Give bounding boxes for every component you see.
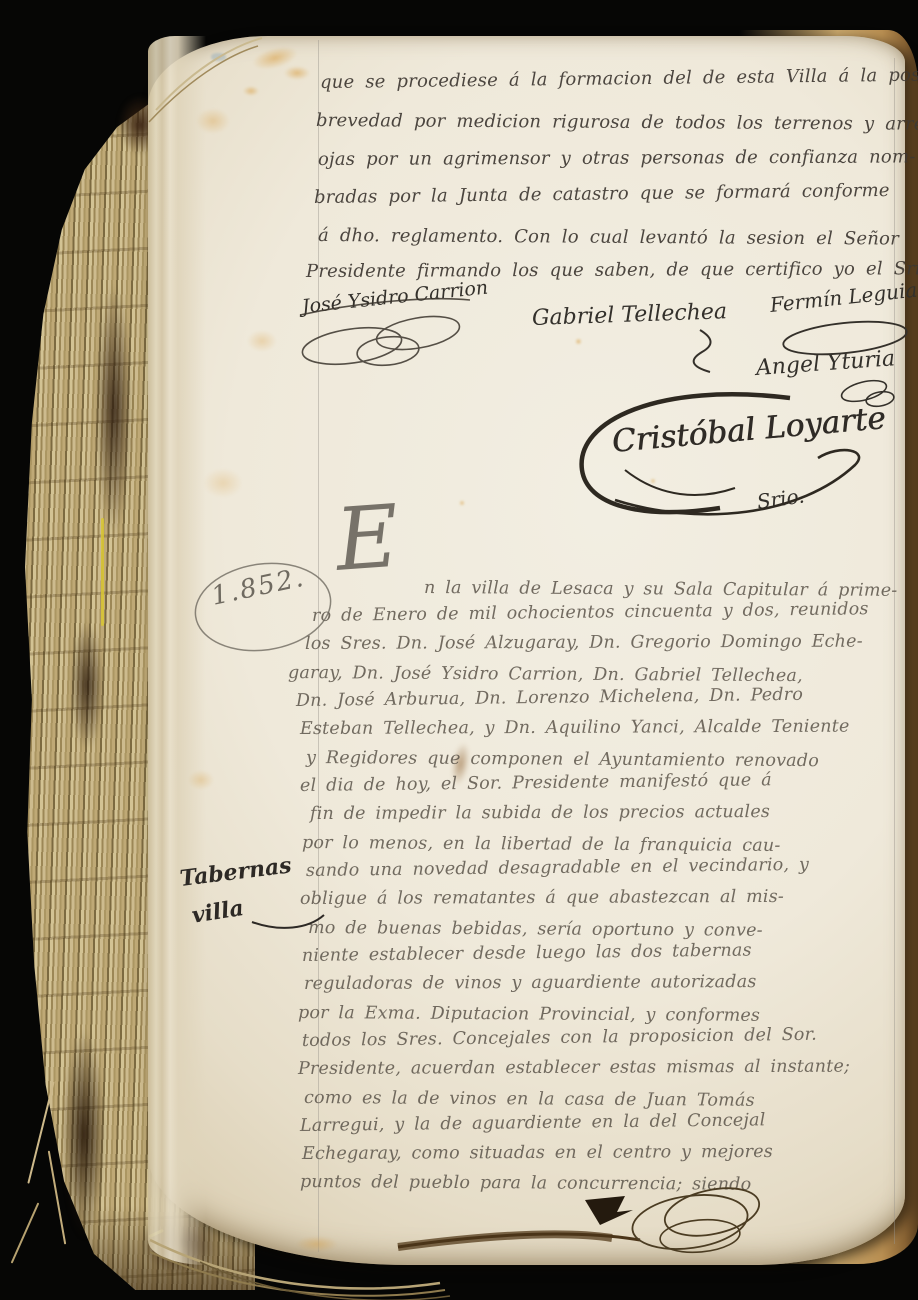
manuscript-line: los Sres. Dn. José Alzugaray, Dn. Gregor… (305, 632, 863, 654)
manuscript-line: fin de impedir la subida de los precios … (310, 802, 770, 824)
manuscript-line: obligue á los rematantes á que abastezca… (300, 887, 784, 909)
foxing-spot (650, 478, 656, 484)
foxing-spot (188, 770, 214, 790)
yellow-fiber (101, 518, 104, 626)
manuscript-line: Presidente firmando los que saben, de qu… (306, 258, 918, 282)
manuscript-line: puntos del pueblo para la concurrencia; … (300, 1172, 751, 1195)
foxing-spot (196, 108, 230, 134)
foxing-spot (575, 338, 582, 345)
manuscript-line: Echegaray, como situadas en el centro y … (302, 1142, 773, 1164)
binding-leather-patch (95, 285, 133, 535)
foxing-spot (284, 66, 310, 80)
foxing-spot (459, 500, 465, 506)
manuscript-line: ojas por un agrimensor y otras personas … (318, 146, 916, 170)
binding-leather-patch (62, 1030, 106, 1240)
loose-thread (11, 1202, 40, 1263)
manuscript-line: n la villa de Lesaca y su Sala Capitular… (424, 578, 898, 601)
manuscript-line: Presidente, acuerdan establecer estas mi… (298, 1057, 850, 1079)
manuscript-line: brevedad por medicion rigurosa de todos … (316, 110, 918, 135)
book-photo-scene: que se procediese á la formacion del de … (0, 0, 918, 1300)
blue-ink-speck (211, 53, 226, 61)
manuscript-line: reguladoras de vinos y aguardiente autor… (304, 972, 757, 994)
foxing-spot (203, 468, 243, 498)
manuscript-line: y Regidores que componen el Ayuntamiento… (306, 748, 819, 771)
manuscript-line: por la Exma. Diputacion Provincial, y co… (298, 1003, 760, 1026)
manuscript-line: por lo menos, en la libertad de la franq… (302, 833, 781, 856)
entry-drop-cap: E (333, 494, 402, 584)
foxing-spot (243, 86, 259, 96)
foxing-spot (296, 1236, 338, 1252)
manuscript-line: á dho. reglamento. Con lo cual levantó l… (318, 225, 899, 250)
manuscript-line: como es la de vinos en la casa de Juan T… (304, 1088, 755, 1111)
manuscript-line: Esteban Tellechea, y Dn. Aquilino Yanci,… (300, 717, 850, 739)
manuscript-line: garay, Dn. José Ysidro Carrion, Dn. Gabr… (288, 663, 803, 686)
foxing-spot (247, 330, 277, 352)
binding-leather-patch (70, 620, 104, 750)
manuscript-line: mo de buenas bebidas, sería oportuno y c… (308, 918, 763, 941)
